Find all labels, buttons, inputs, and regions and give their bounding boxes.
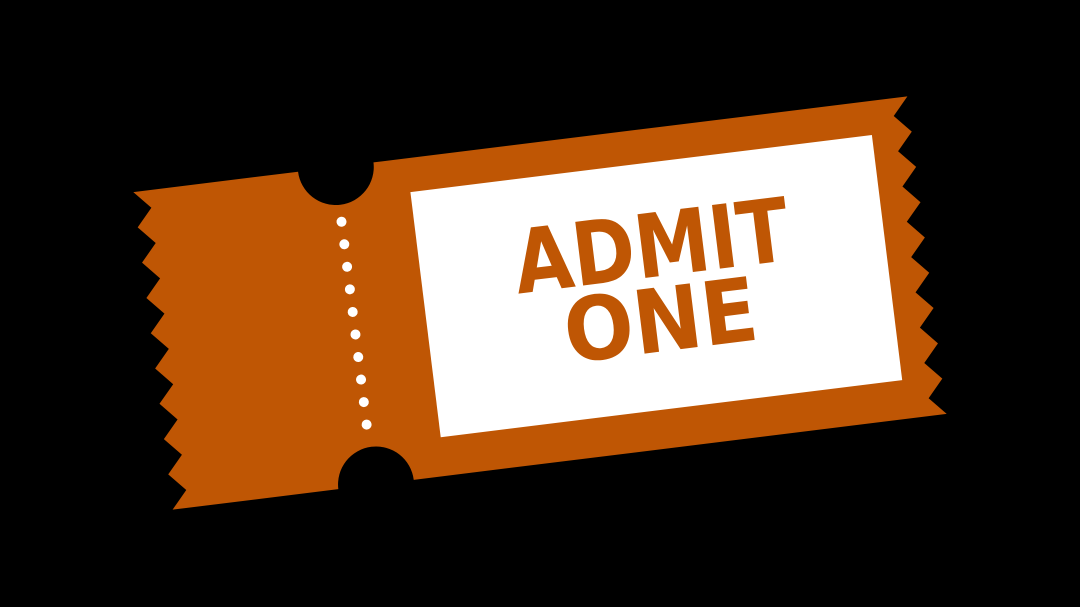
ticket-canvas: ADMIT ONE (0, 0, 1080, 607)
admit-one-ticket-graphic: ADMIT ONE (0, 0, 1080, 607)
